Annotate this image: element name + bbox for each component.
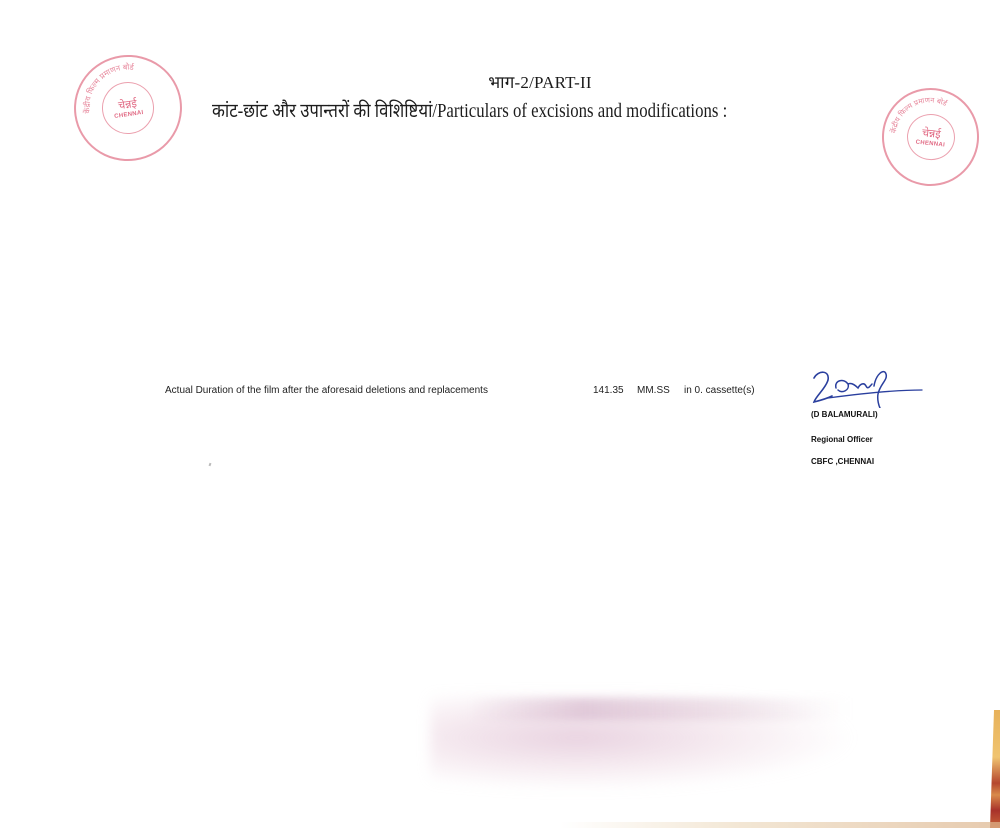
document-page: केंद्रीय फिल्म प्रमाणन बोर्ड चेन्नई CHEN… bbox=[0, 0, 1000, 828]
signatory-title: Regional Officer bbox=[811, 435, 873, 444]
signatory-office: CBFC ,CHENNAI bbox=[811, 457, 874, 466]
signatory-name: (D BALAMURALI) bbox=[811, 410, 878, 419]
section-title: कांट-छांट और उपान्तरों की विशिष्टियां/Pa… bbox=[212, 96, 727, 123]
seal-city-english: CHENNAI bbox=[915, 139, 945, 148]
paper-bottom-edge bbox=[560, 822, 1000, 828]
seal-city-hindi: चेन्नई bbox=[922, 127, 942, 140]
paper-speck bbox=[209, 463, 212, 467]
background-object bbox=[990, 710, 1000, 828]
seal-city-hindi: चेन्नई bbox=[117, 97, 137, 110]
duration-unit: MM.SS bbox=[637, 385, 670, 396]
official-seal-left: केंद्रीय फिल्म प्रमाणन बोर्ड चेन्नई CHEN… bbox=[67, 48, 189, 168]
part-heading: भाग-2/PART-II bbox=[0, 70, 1000, 93]
cassette-count: in 0. cassette(s) bbox=[684, 385, 755, 396]
signature-icon bbox=[808, 366, 926, 408]
official-seal-right: केंद्रीय फिल्म प्रमाणन बोर्ड चेन्नई CHEN… bbox=[877, 83, 984, 191]
duration-value: 141.35 bbox=[593, 385, 624, 396]
duration-label: Actual Duration of the film after the af… bbox=[165, 385, 488, 396]
ink-smudge-streak bbox=[470, 698, 850, 720]
